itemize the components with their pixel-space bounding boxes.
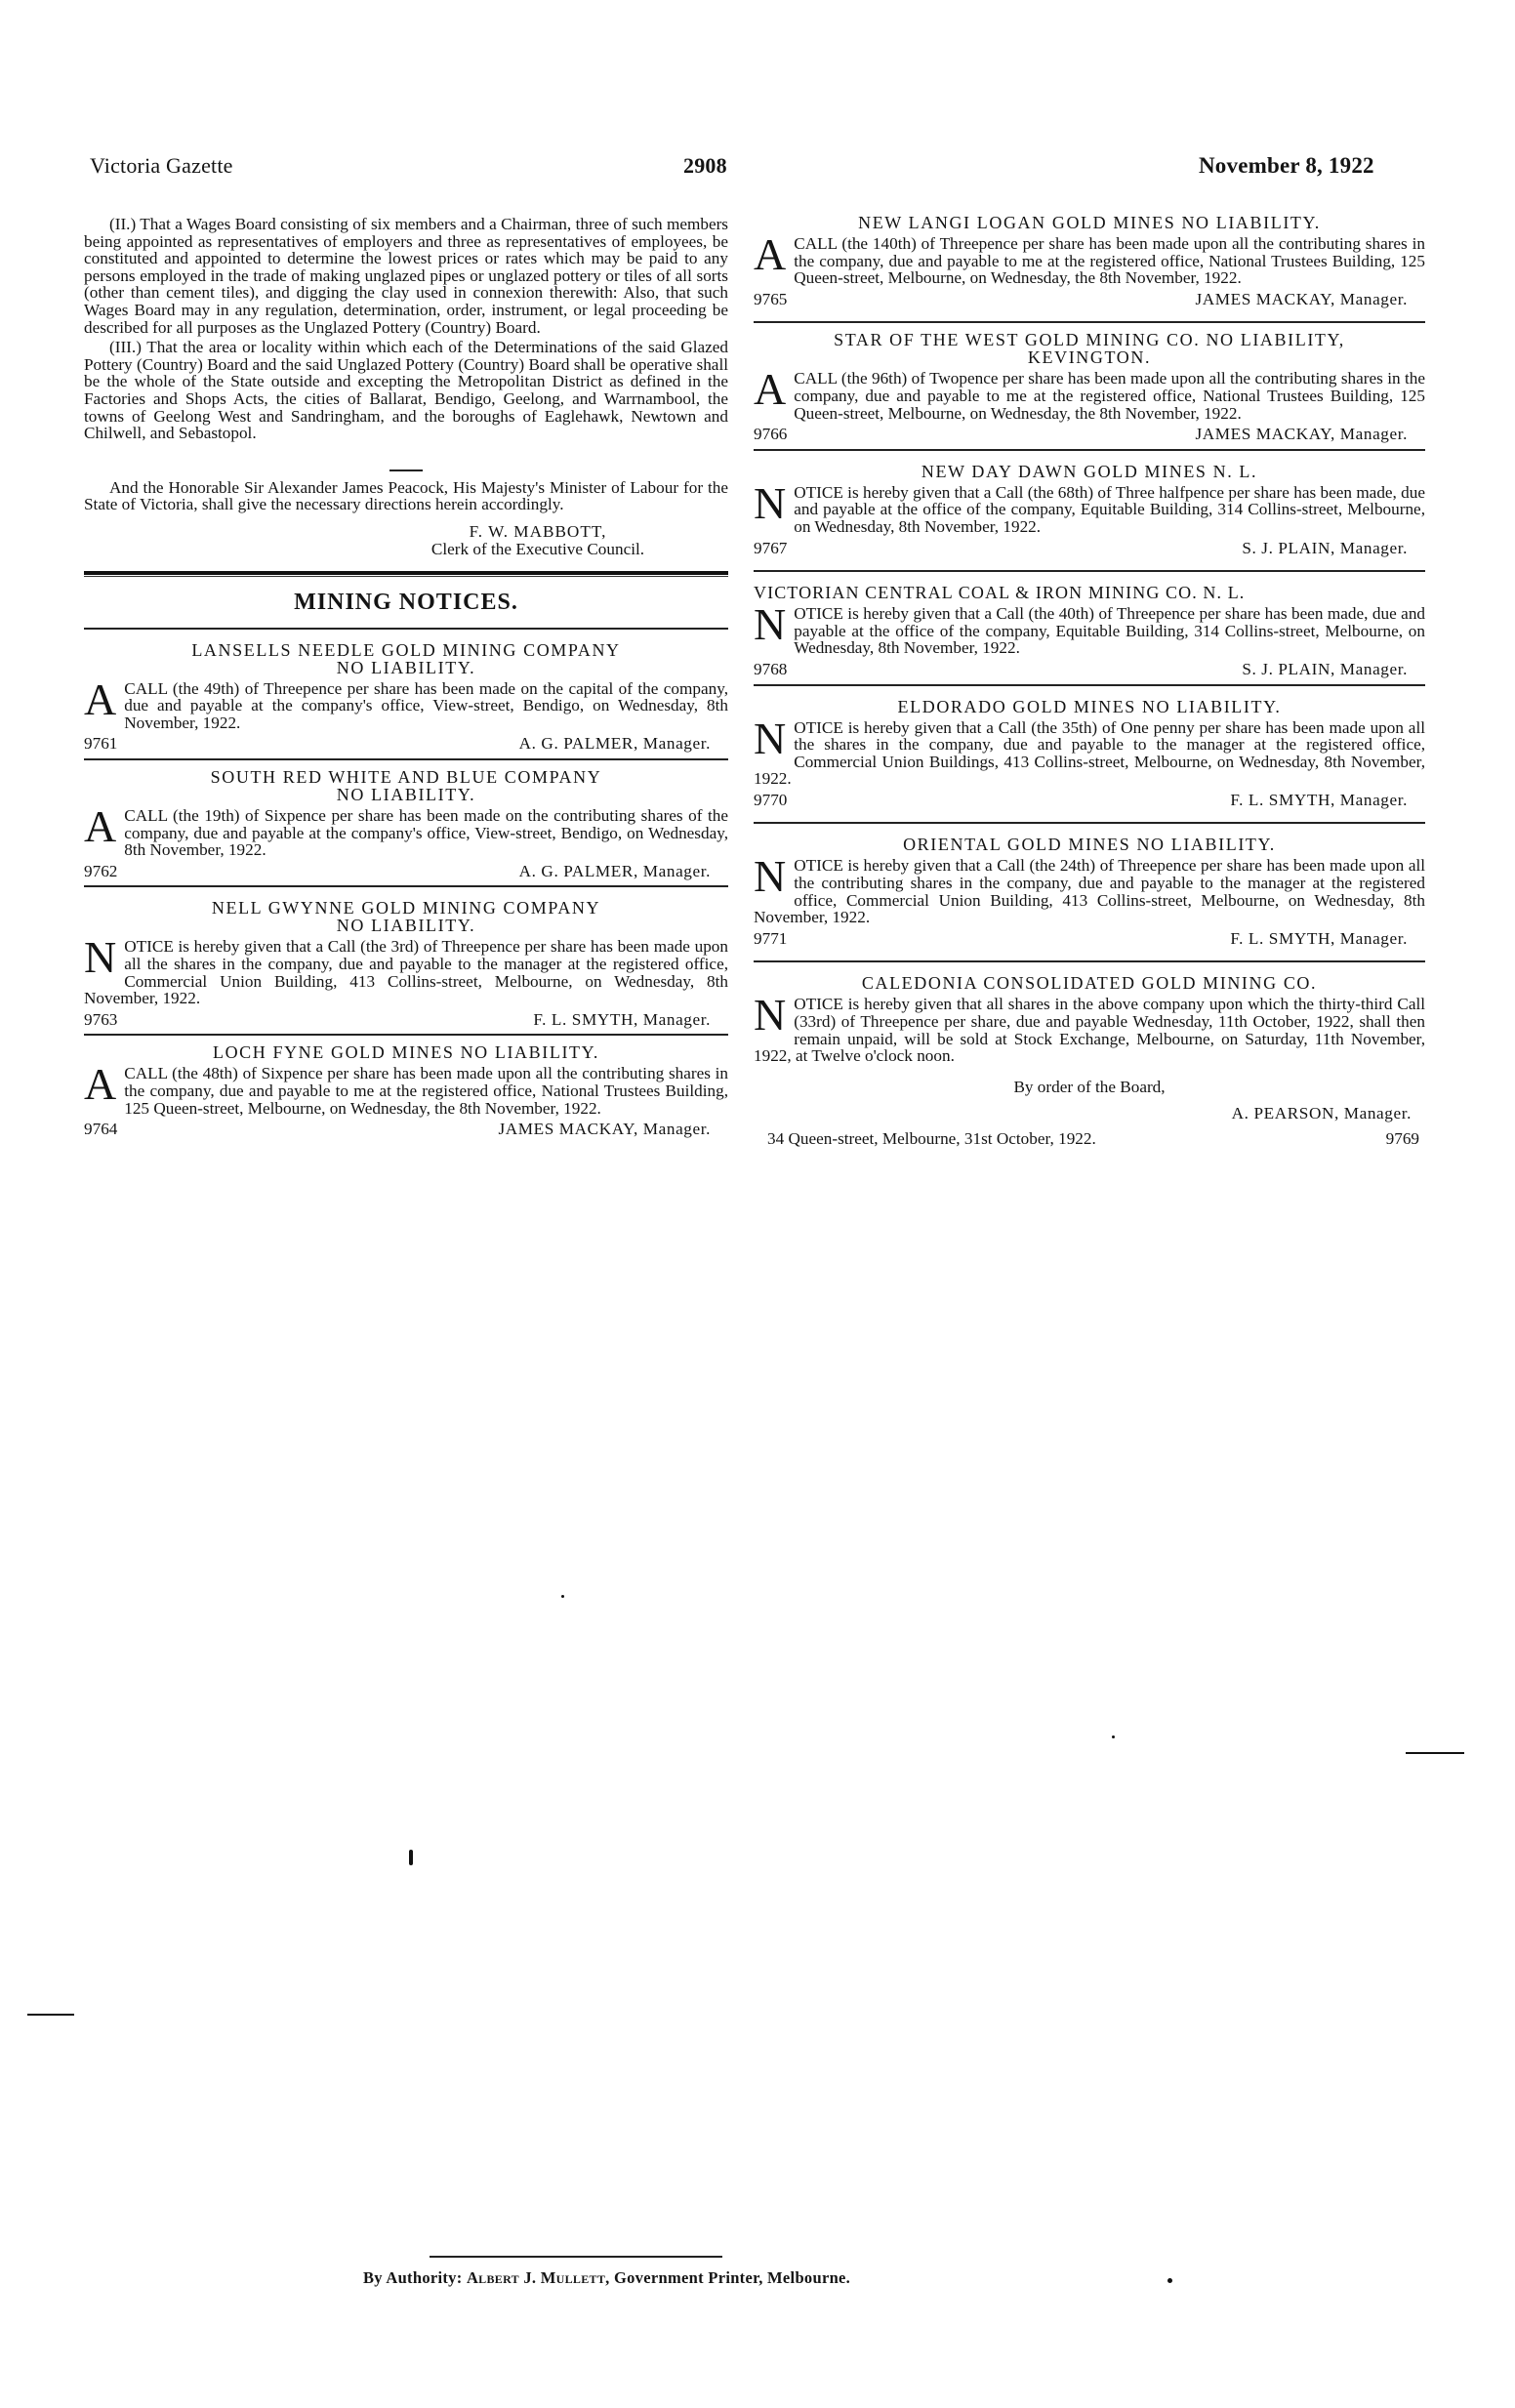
footer-rule <box>430 2256 722 2258</box>
by-order-line: By order of the Board, <box>754 1079 1425 1096</box>
notice-signed: JAMES MACKAY, Manager. <box>498 1121 728 1138</box>
notice-signed: JAMES MACKAY, Manager. <box>1195 426 1425 443</box>
notice-number: 9771 <box>754 930 787 948</box>
drop-cap: N <box>754 486 786 521</box>
notice-number: 9769 <box>1386 1130 1425 1148</box>
notice-number: 9764 <box>84 1121 117 1138</box>
notice-text: CALL (the 19th) of Sixpence per share ha… <box>84 807 728 859</box>
notice: ORIENTAL GOLD MINES NO LIABILITY. N OTIC… <box>754 836 1425 947</box>
clause-ii: (II.) That a Wages Board consisting of s… <box>84 216 728 336</box>
notice: NEW LANGI LOGAN GOLD MINES NO LIABILITY.… <box>754 214 1425 307</box>
notice-divider <box>84 1034 728 1036</box>
notice-number: 9766 <box>754 426 787 443</box>
notice-signed: S. J. PLAIN, Manager. <box>1242 540 1425 557</box>
notice: STAR OF THE WEST GOLD MINING CO. NO LIAB… <box>754 331 1425 442</box>
notice-signed: F. L. SMYTH, Manager. <box>1230 930 1425 948</box>
notice-divider <box>754 960 1425 962</box>
notice-body: A CALL (the 140th) of Threepence per sha… <box>754 235 1425 287</box>
notice-body: A CALL (the 49th) of Threepence per shar… <box>84 680 728 732</box>
section-title: MINING NOTICES. <box>84 594 728 612</box>
section-divider <box>84 571 728 577</box>
page-number: 2908 <box>683 153 727 179</box>
notice-body: A CALL (the 96th) of Twopence per share … <box>754 370 1425 422</box>
closing-paragraph: And the Honorable Sir Alexander James Pe… <box>84 479 728 513</box>
notice-title: ORIENTAL GOLD MINES NO LIABILITY. <box>754 836 1425 853</box>
notice-text: OTICE is hereby given that a Call (the 3… <box>754 719 1425 788</box>
notice-body: N OTICE is hereby given that a Call (the… <box>754 484 1425 536</box>
notice-number: 9770 <box>754 792 787 809</box>
notice-title: NEW DAY DAWN GOLD MINES N. L. <box>754 463 1425 480</box>
drop-cap: A <box>754 372 786 407</box>
drop-cap: A <box>84 1067 116 1102</box>
drop-cap: A <box>84 682 116 717</box>
notice-divider <box>754 570 1425 572</box>
notice-body: N OTICE is hereby given that a Call (the… <box>84 938 728 1006</box>
notice-footer: 9764 JAMES MACKAY, Manager. <box>84 1121 728 1138</box>
notice-number: 9768 <box>754 661 787 678</box>
section-divider-lower <box>84 628 728 630</box>
notice-text: CALL (the 140th) of Threepence per share… <box>754 235 1425 287</box>
notice-title: SOUTH RED WHITE AND BLUE COMPANY NO LIAB… <box>84 768 728 803</box>
drop-cap: N <box>84 940 116 975</box>
notice-divider <box>754 822 1425 824</box>
notice-footer: 9762 A. G. PALMER, Manager. <box>84 863 728 880</box>
notice-footer: 9766 JAMES MACKAY, Manager. <box>754 426 1425 443</box>
notice-footer: 9770 F. L. SMYTH, Manager. <box>754 792 1425 809</box>
notice-footer: 9763 F. L. SMYTH, Manager. <box>84 1011 728 1029</box>
notice-footer: 9771 F. L. SMYTH, Manager. <box>754 930 1425 948</box>
scan-speck <box>409 1850 413 1865</box>
notice: SOUTH RED WHITE AND BLUE COMPANY NO LIAB… <box>84 768 728 879</box>
publication-title: Victoria Gazette <box>90 153 233 179</box>
right-column: NEW LANGI LOGAN GOLD MINES NO LIABILITY.… <box>754 214 1425 1148</box>
notice-body: N OTICE is hereby given that all shares … <box>754 996 1425 1064</box>
drop-cap: A <box>84 809 116 844</box>
scan-speck <box>27 2014 74 2016</box>
drop-cap: A <box>754 237 786 272</box>
notice-text: OTICE is hereby given that all shares in… <box>754 996 1425 1064</box>
notice-signed: A. G. PALMER, Manager. <box>519 863 728 880</box>
imprint-prefix: By Authority: <box>363 2268 463 2287</box>
notice-divider <box>754 321 1425 323</box>
notice-text: OTICE is hereby given that a Call (the 4… <box>754 605 1425 657</box>
notice: ELDORADO GOLD MINES NO LIABILITY. N OTIC… <box>754 698 1425 809</box>
scan-speck <box>1167 2278 1172 2283</box>
drop-cap: N <box>754 721 786 756</box>
notice-text: CALL (the 49th) of Threepence per share … <box>84 680 728 732</box>
notice-signed: F. L. SMYTH, Manager. <box>533 1011 728 1029</box>
notice: NEW DAY DAWN GOLD MINES N. L. N OTICE is… <box>754 463 1425 556</box>
notice-signed: F. L. SMYTH, Manager. <box>1230 792 1425 809</box>
notice-caledonia: CALEDONIA CONSOLIDATED GOLD MINING CO. N… <box>754 974 1425 1147</box>
signatory-name: F. W. MABBOTT, <box>348 523 728 541</box>
notice-address: 34 Queen-street, Melbourne, 31st October… <box>754 1130 1096 1148</box>
notice-footer: 9767 S. J. PLAIN, Manager. <box>754 540 1425 557</box>
scan-speck <box>561 1595 564 1598</box>
drop-cap: N <box>754 859 786 894</box>
notice-title: NELL GWYNNE GOLD MINING COMPANY NO LIABI… <box>84 899 728 934</box>
notice-address-line: 34 Queen-street, Melbourne, 31st October… <box>754 1130 1425 1148</box>
printer-title: Government Printer, Melbourne. <box>614 2268 850 2287</box>
drop-cap: N <box>754 607 786 642</box>
notice-text: CALL (the 96th) of Twopence per share ha… <box>754 370 1425 422</box>
drop-cap: N <box>754 998 786 1033</box>
notice-signed: S. J. PLAIN, Manager. <box>1242 661 1425 678</box>
notice-number: 9762 <box>84 863 117 880</box>
notice: VICTORIAN CENTRAL COAL & IRON MINING CO.… <box>754 584 1425 677</box>
notice-title: STAR OF THE WEST GOLD MINING CO. NO LIAB… <box>754 331 1425 366</box>
notice-text: CALL (the 48th) of Sixpence per share ha… <box>84 1065 728 1117</box>
notice: NELL GWYNNE GOLD MINING COMPANY NO LIABI… <box>84 899 728 1028</box>
scan-speck <box>1112 1735 1115 1738</box>
notice-signed: A. PEARSON, Manager. <box>754 1105 1425 1122</box>
notice: LANSELLS NEEDLE GOLD MINING COMPANY NO L… <box>84 641 728 753</box>
notice-number: 9761 <box>84 735 117 753</box>
notice-body: A CALL (the 48th) of Sixpence per share … <box>84 1065 728 1117</box>
notice-title: VICTORIAN CENTRAL COAL & IRON MINING CO.… <box>754 584 1425 601</box>
notice-title: CALEDONIA CONSOLIDATED GOLD MINING CO. <box>754 974 1425 992</box>
notice: LOCH FYNE GOLD MINES NO LIABILITY. A CAL… <box>84 1043 728 1137</box>
signature-block: F. W. MABBOTT, Clerk of the Executive Co… <box>348 523 728 557</box>
notice-number: 9765 <box>754 291 787 308</box>
issue-date: November 8, 1922 <box>1199 153 1374 179</box>
left-column: (II.) That a Wages Board consisting of s… <box>84 216 728 1138</box>
notice-footer: 9765 JAMES MACKAY, Manager. <box>754 291 1425 308</box>
notice-title: NEW LANGI LOGAN GOLD MINES NO LIABILITY. <box>754 214 1425 231</box>
notice-body: A CALL (the 19th) of Sixpence per share … <box>84 807 728 859</box>
scan-speck <box>1406 1752 1464 1754</box>
notice-body: N OTICE is hereby given that a Call (the… <box>754 857 1425 925</box>
signatory-title: Clerk of the Executive Council. <box>348 541 728 558</box>
short-divider <box>389 469 423 471</box>
printer-name: Albert J. Mullett, <box>467 2268 610 2287</box>
notice-divider <box>84 758 728 760</box>
notice-title: LOCH FYNE GOLD MINES NO LIABILITY. <box>84 1043 728 1061</box>
notice-text: OTICE is hereby given that a Call (the 3… <box>84 938 728 1006</box>
notice-title: LANSELLS NEEDLE GOLD MINING COMPANY NO L… <box>84 641 728 676</box>
notice-divider <box>84 885 728 887</box>
clause-iii: (III.) That the area or locality within … <box>84 339 728 442</box>
notice-body: N OTICE is hereby given that a Call (the… <box>754 719 1425 788</box>
notice-divider <box>754 684 1425 686</box>
notice-title: ELDORADO GOLD MINES NO LIABILITY. <box>754 698 1425 715</box>
notice-footer: 9761 A. G. PALMER, Manager. <box>84 735 728 753</box>
notice-text: OTICE is hereby given that a Call (the 6… <box>754 484 1425 536</box>
notice-signed: JAMES MACKAY, Manager. <box>1195 291 1425 308</box>
notice-footer: 9768 S. J. PLAIN, Manager. <box>754 661 1425 678</box>
notice-number: 9763 <box>84 1011 117 1029</box>
notice-divider <box>754 449 1425 451</box>
notice-signed: A. G. PALMER, Manager. <box>519 735 728 753</box>
notice-body: N OTICE is hereby given that a Call (the… <box>754 605 1425 657</box>
notice-text: OTICE is hereby given that a Call (the 2… <box>754 857 1425 925</box>
notice-number: 9767 <box>754 540 787 557</box>
printer-imprint: By Authority: Albert J. Mullett, Governm… <box>363 2268 850 2288</box>
